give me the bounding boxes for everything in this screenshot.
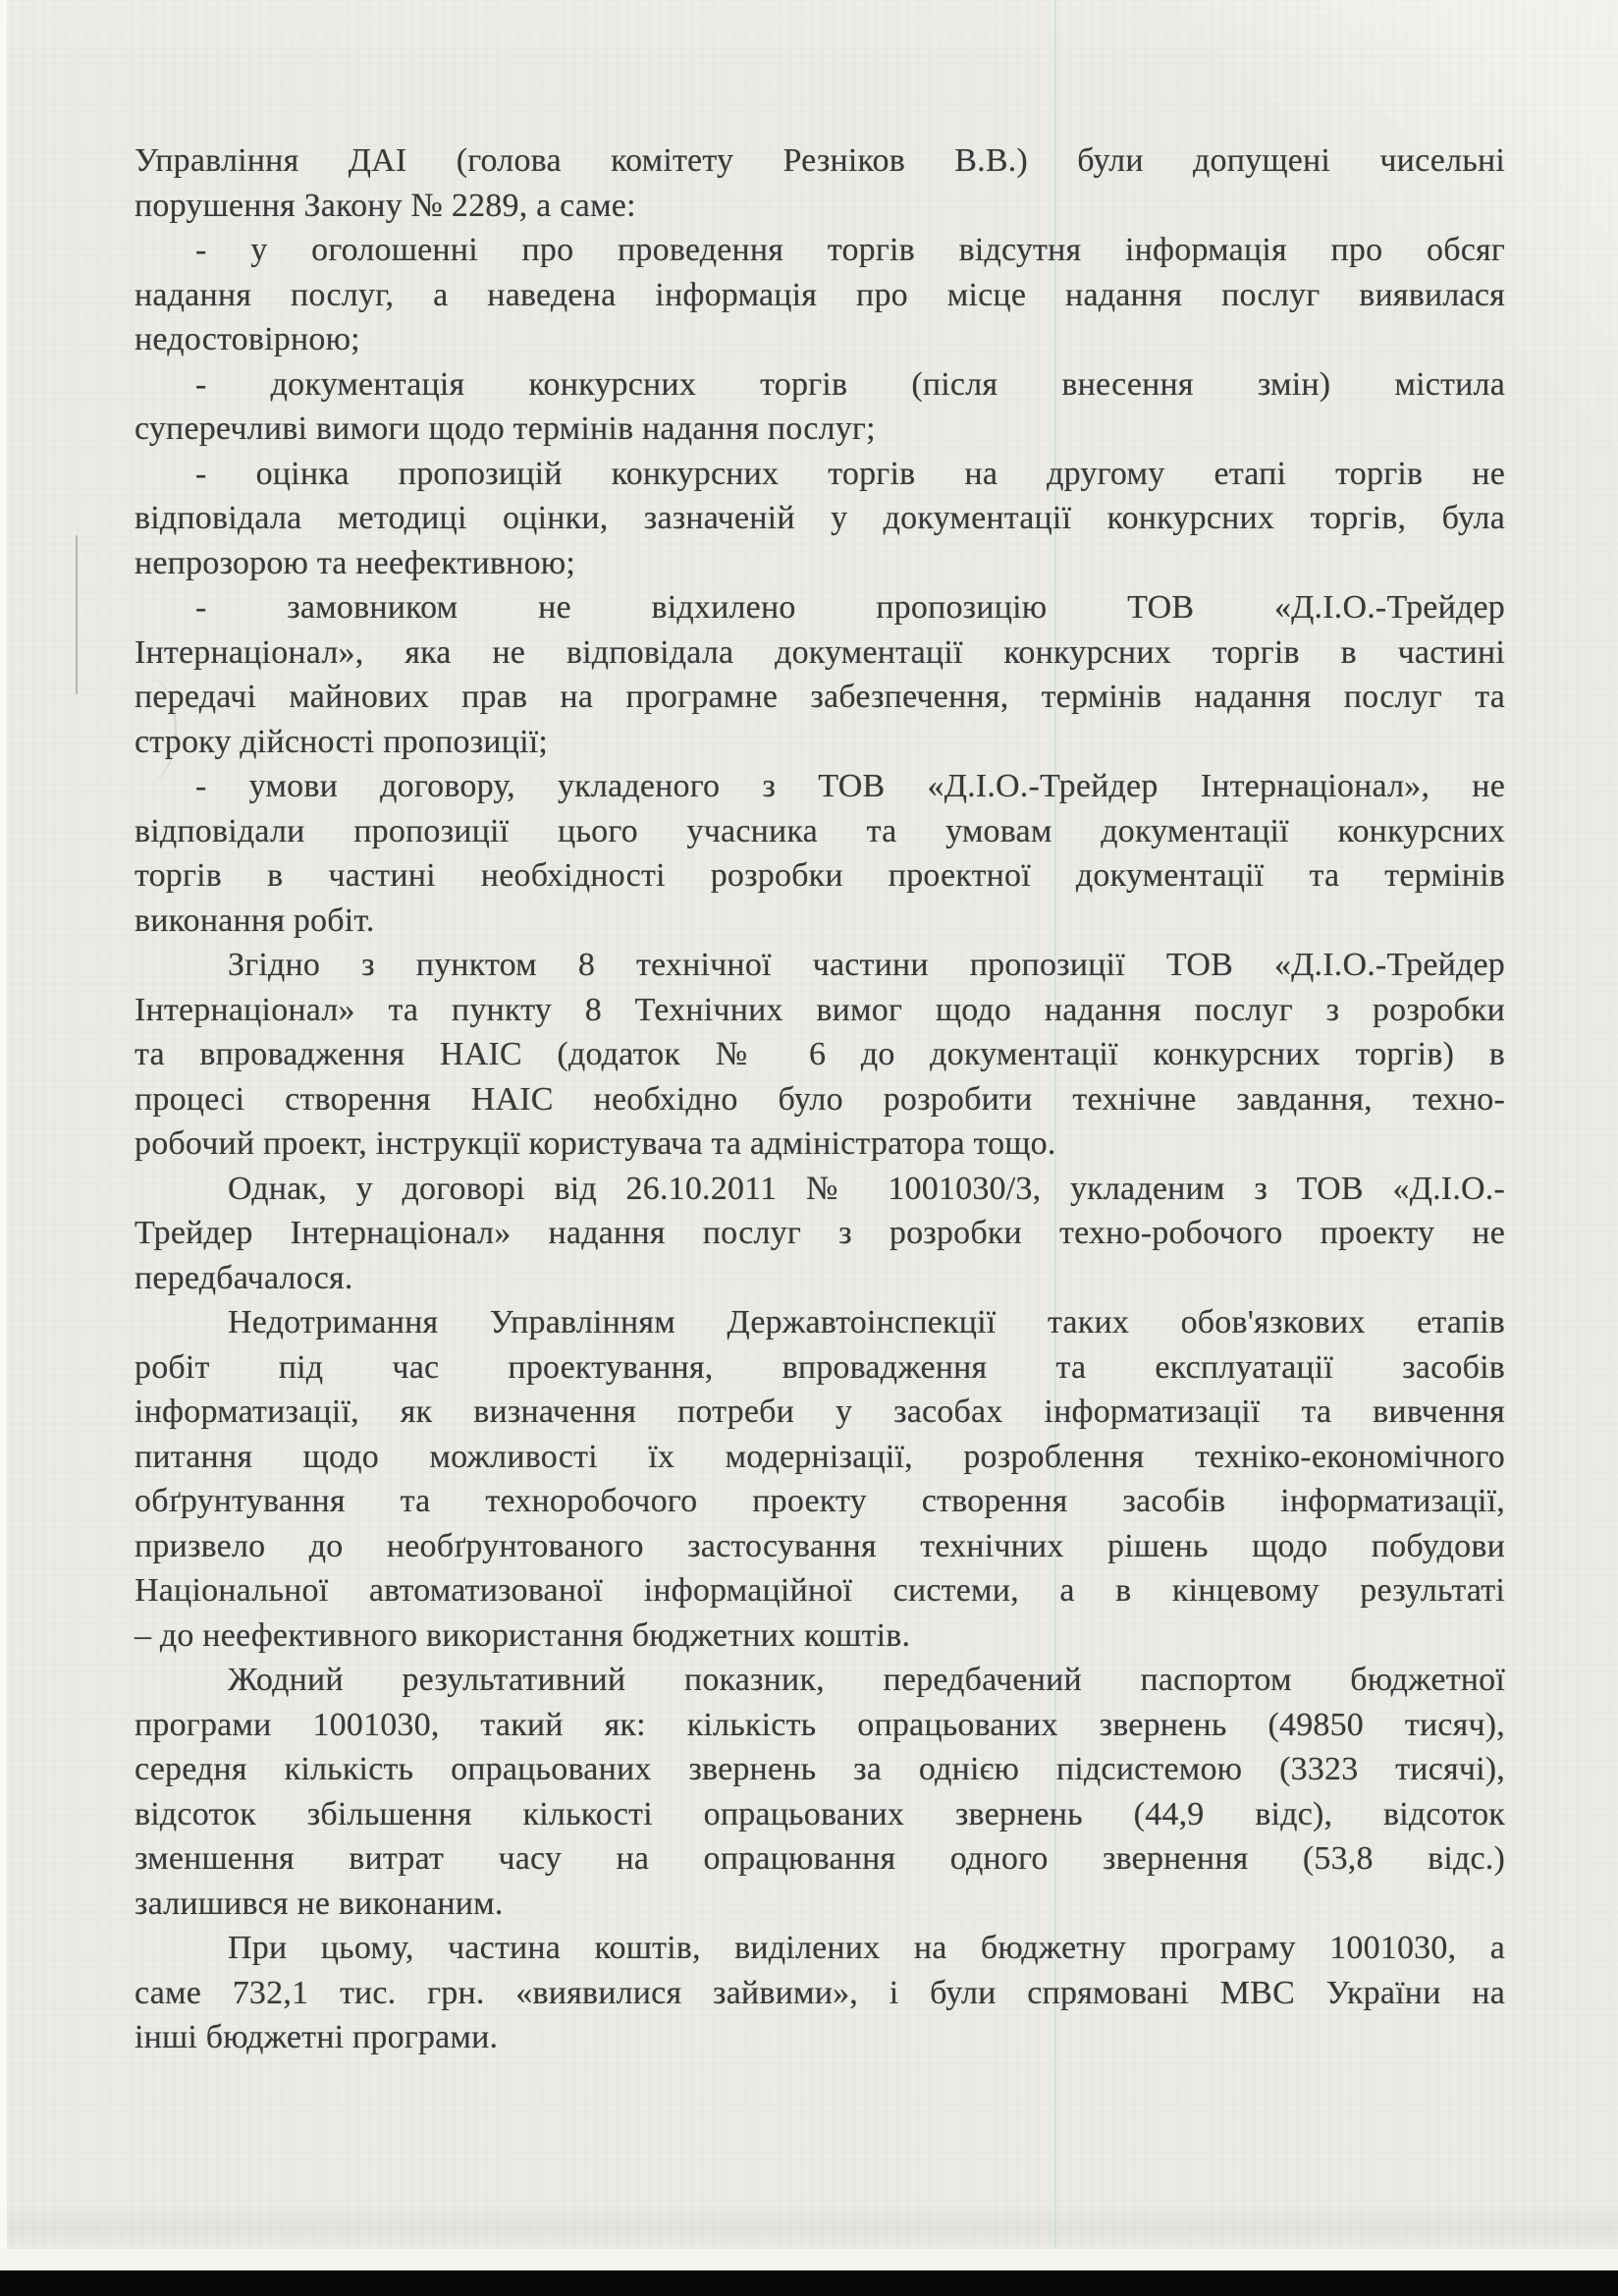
text-line: саме 732,1 тис. грн. «виявилися зайвими»… (135, 1971, 1505, 2016)
text-line: та впровадження НАІС (додаток № 6 до док… (135, 1032, 1505, 1077)
text-line: відповідали пропозиції цього учасника та… (135, 809, 1505, 854)
text-line: призвело до необґрунтованого застосуванн… (135, 1524, 1505, 1569)
text-line: торгів в частині необхідності розробки п… (135, 853, 1505, 899)
paragraph: При цьому, частина коштів, виділених на … (135, 1926, 1505, 2060)
text-line: суперечливі вимоги щодо термінів надання… (135, 407, 1505, 452)
text-line: питання щодо можливості їх модернізації,… (135, 1435, 1505, 1480)
text-line: інформатизації, як визначення потреби у … (135, 1390, 1505, 1435)
text-line: зменшення витрат часу на опрацювання одн… (135, 1836, 1505, 1882)
text-line: Жодний результативний показник, передбач… (135, 1658, 1505, 1703)
text-line: - умови договору, укладеного з ТОВ «Д.І.… (135, 764, 1505, 809)
text-line: середня кількість опрацьованих звернень … (135, 1747, 1505, 1792)
paragraph: Управління ДАІ (голова комітету Резніков… (135, 138, 1505, 228)
text-line: Управління ДАІ (голова комітету Резніков… (135, 138, 1505, 184)
paragraph: - умови договору, укладеного з ТОВ «Д.І.… (135, 764, 1505, 943)
text-line: Трейдер Інтернаціонал» надання послуг з … (135, 1211, 1505, 1256)
text-line: Однак, у договорі від 26.10.2011 № 10010… (135, 1167, 1505, 1212)
paragraph: Недотримання Управлінням Державтоінспекц… (135, 1300, 1505, 1658)
scanned-page: Управління ДАІ (голова комітету Резніков… (0, 0, 1618, 2296)
margin-line-artifact (76, 535, 78, 694)
text-line: робіт під час проектування, впровадження… (135, 1345, 1505, 1391)
text-line: Недотримання Управлінням Державтоінспекц… (135, 1300, 1505, 1345)
text-line: програми 1001030, такий як: кількість оп… (135, 1703, 1505, 1748)
text-line: залишився не виконаним. (135, 1882, 1505, 1927)
text-line: обґрунтування та техноробочого проекту с… (135, 1479, 1505, 1524)
text-line: робочий проект, інструкції користувача т… (135, 1121, 1505, 1167)
paragraph: Жодний результативний показник, передбач… (135, 1658, 1505, 1926)
scan-bottom-bar (0, 2270, 1618, 2296)
paragraph: Згідно з пунктом 8 технічної частини про… (135, 943, 1505, 1167)
text-line: - замовником не відхилено пропозицію ТОВ… (135, 585, 1505, 630)
text-line: надання послуг, а наведена інформація пр… (135, 273, 1505, 318)
text-line: відсоток збільшення кількості опрацьован… (135, 1792, 1505, 1837)
text-line: недостовірною; (135, 317, 1505, 362)
text-line: строку дійсності пропозиції; (135, 720, 1505, 765)
paragraph: - замовником не відхилено пропозицію ТОВ… (135, 585, 1505, 764)
text-line: При цьому, частина коштів, виділених на … (135, 1926, 1505, 1971)
scan-left-edge (0, 0, 7, 2270)
text-line: - оцінка пропозицій конкурсних торгів на… (135, 452, 1505, 497)
text-line: - документація конкурсних торгів (після … (135, 362, 1505, 408)
text-line: Національної автоматизованої інформаційн… (135, 1568, 1505, 1613)
paragraph: - оцінка пропозицій конкурсних торгів на… (135, 452, 1505, 586)
text-line: відповідала методиці оцінки, зазначеній … (135, 496, 1505, 541)
scanner-strip (0, 2249, 1618, 2270)
text-line: виконання робіт. (135, 899, 1505, 944)
text-line: – до неефективного використання бюджетни… (135, 1613, 1505, 1659)
text-line: - у оголошенні про проведення торгів від… (135, 228, 1505, 273)
paragraph: Однак, у договорі від 26.10.2011 № 10010… (135, 1167, 1505, 1301)
text-line: непрозорою та неефективною; (135, 541, 1505, 586)
paragraph: - документація конкурсних торгів (після … (135, 362, 1505, 452)
text-line: Згідно з пунктом 8 технічної частини про… (135, 943, 1505, 988)
text-line: Інтернаціонал», яка не відповідала докум… (135, 630, 1505, 676)
text-line: передбачалося. (135, 1256, 1505, 1301)
text-line: процесі створення НАІС необхідно було ро… (135, 1077, 1505, 1122)
text-line: передачі майнових прав на програмне забе… (135, 675, 1505, 720)
paragraph: - у оголошенні про проведення торгів від… (135, 228, 1505, 362)
text-line: порушення Закону № 2289, а саме: (135, 184, 1505, 229)
text-line: Інтернаціонал» та пункту 8 Технічних вим… (135, 988, 1505, 1033)
document-text: Управління ДАІ (голова комітету Резніков… (135, 138, 1505, 2060)
text-line: інші бюджетні програми. (135, 2015, 1505, 2060)
